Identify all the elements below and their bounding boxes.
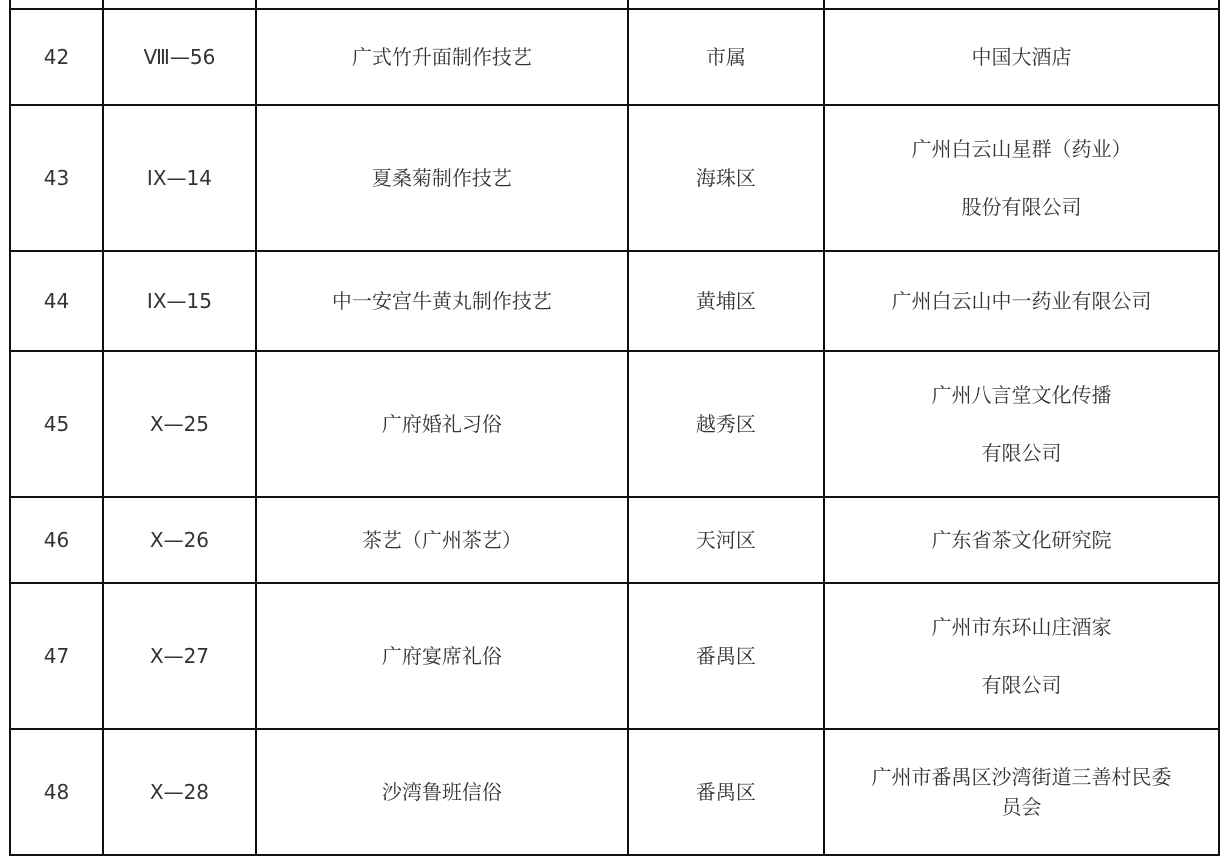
cell-number: 42 <box>10 9 103 105</box>
unit-line: 有限公司 <box>831 438 1212 468</box>
cell-project-name: 中一安宫牛黄丸制作技艺 <box>256 251 628 351</box>
cell-protection-unit: 广东省茶文化研究院 <box>824 497 1219 583</box>
unit-line: 广州市东环山庄酒家 <box>831 612 1212 642</box>
cell-number: 47 <box>10 583 103 729</box>
cell-district: 黄埔区 <box>628 251 824 351</box>
table-row: 47X—27广府宴席礼俗番禺区广州市东环山庄酒家有限公司 <box>10 583 1219 729</box>
cell-code: Ⅷ—56 <box>103 9 256 105</box>
cell-district: 市属 <box>628 9 824 105</box>
cell-number: 48 <box>10 729 103 855</box>
cell-project-name: 夏桑菊制作技艺 <box>256 105 628 251</box>
unit-line: 广州白云山星群（药业） <box>831 134 1212 164</box>
cell-number: 45 <box>10 351 103 497</box>
cell-district: 番禺区 <box>628 583 824 729</box>
cell-district: 番禺区 <box>628 729 824 855</box>
table-row: 43IX—14夏桑菊制作技艺海珠区广州白云山星群（药业）股份有限公司 <box>10 105 1219 251</box>
cell-district: 海珠区 <box>628 105 824 251</box>
unit-line: 广州八言堂文化传播 <box>831 380 1212 410</box>
cell-number: 44 <box>10 251 103 351</box>
table-row: 42Ⅷ—56广式竹升面制作技艺市属中国大酒店 <box>10 9 1219 105</box>
cell-district: 天河区 <box>628 497 824 583</box>
unit-line: 广州白云山中一药业有限公司 <box>831 286 1212 316</box>
unit-line: 广州市番禺区沙湾街道三善村民委 <box>831 762 1212 792</box>
cell-number: 46 <box>10 497 103 583</box>
cell-project-name: 茶艺（广州茶艺） <box>256 497 628 583</box>
table-row: 45X—25广府婚礼习俗越秀区广州八言堂文化传播有限公司 <box>10 351 1219 497</box>
cell-project-name: 广式竹升面制作技艺 <box>256 9 628 105</box>
unit-line: 员会 <box>831 792 1212 822</box>
unit-line: 广东省茶文化研究院 <box>831 525 1212 555</box>
cell-protection-unit: 广州白云山中一药业有限公司 <box>824 251 1219 351</box>
cell-code: X—26 <box>103 497 256 583</box>
unit-line: 中国大酒店 <box>831 42 1212 72</box>
cell-number: 43 <box>10 105 103 251</box>
heritage-table: 42Ⅷ—56广式竹升面制作技艺市属中国大酒店43IX—14夏桑菊制作技艺海珠区广… <box>9 0 1220 856</box>
cell-protection-unit: 中国大酒店 <box>824 9 1219 105</box>
cell-code: X—25 <box>103 351 256 497</box>
cell-project-name: 广府宴席礼俗 <box>256 583 628 729</box>
unit-line: 有限公司 <box>831 670 1212 700</box>
cell-district: 越秀区 <box>628 351 824 497</box>
cell-code: IX—15 <box>103 251 256 351</box>
cell-protection-unit: 广州市番禺区沙湾街道三善村民委员会 <box>824 729 1219 855</box>
table-row: 48X—28沙湾鲁班信俗番禺区广州市番禺区沙湾街道三善村民委员会 <box>10 729 1219 855</box>
cell-code: IX—14 <box>103 105 256 251</box>
cell-protection-unit: 广州白云山星群（药业）股份有限公司 <box>824 105 1219 251</box>
cell-protection-unit: 广州八言堂文化传播有限公司 <box>824 351 1219 497</box>
table-row-partial <box>10 0 1219 9</box>
cell-code: X—27 <box>103 583 256 729</box>
cell-code: X—28 <box>103 729 256 855</box>
table-row: 44IX—15中一安宫牛黄丸制作技艺黄埔区广州白云山中一药业有限公司 <box>10 251 1219 351</box>
cell-project-name: 沙湾鲁班信俗 <box>256 729 628 855</box>
cell-protection-unit: 广州市东环山庄酒家有限公司 <box>824 583 1219 729</box>
unit-line: 股份有限公司 <box>831 192 1212 222</box>
cell-project-name: 广府婚礼习俗 <box>256 351 628 497</box>
table-row: 46X—26茶艺（广州茶艺）天河区广东省茶文化研究院 <box>10 497 1219 583</box>
